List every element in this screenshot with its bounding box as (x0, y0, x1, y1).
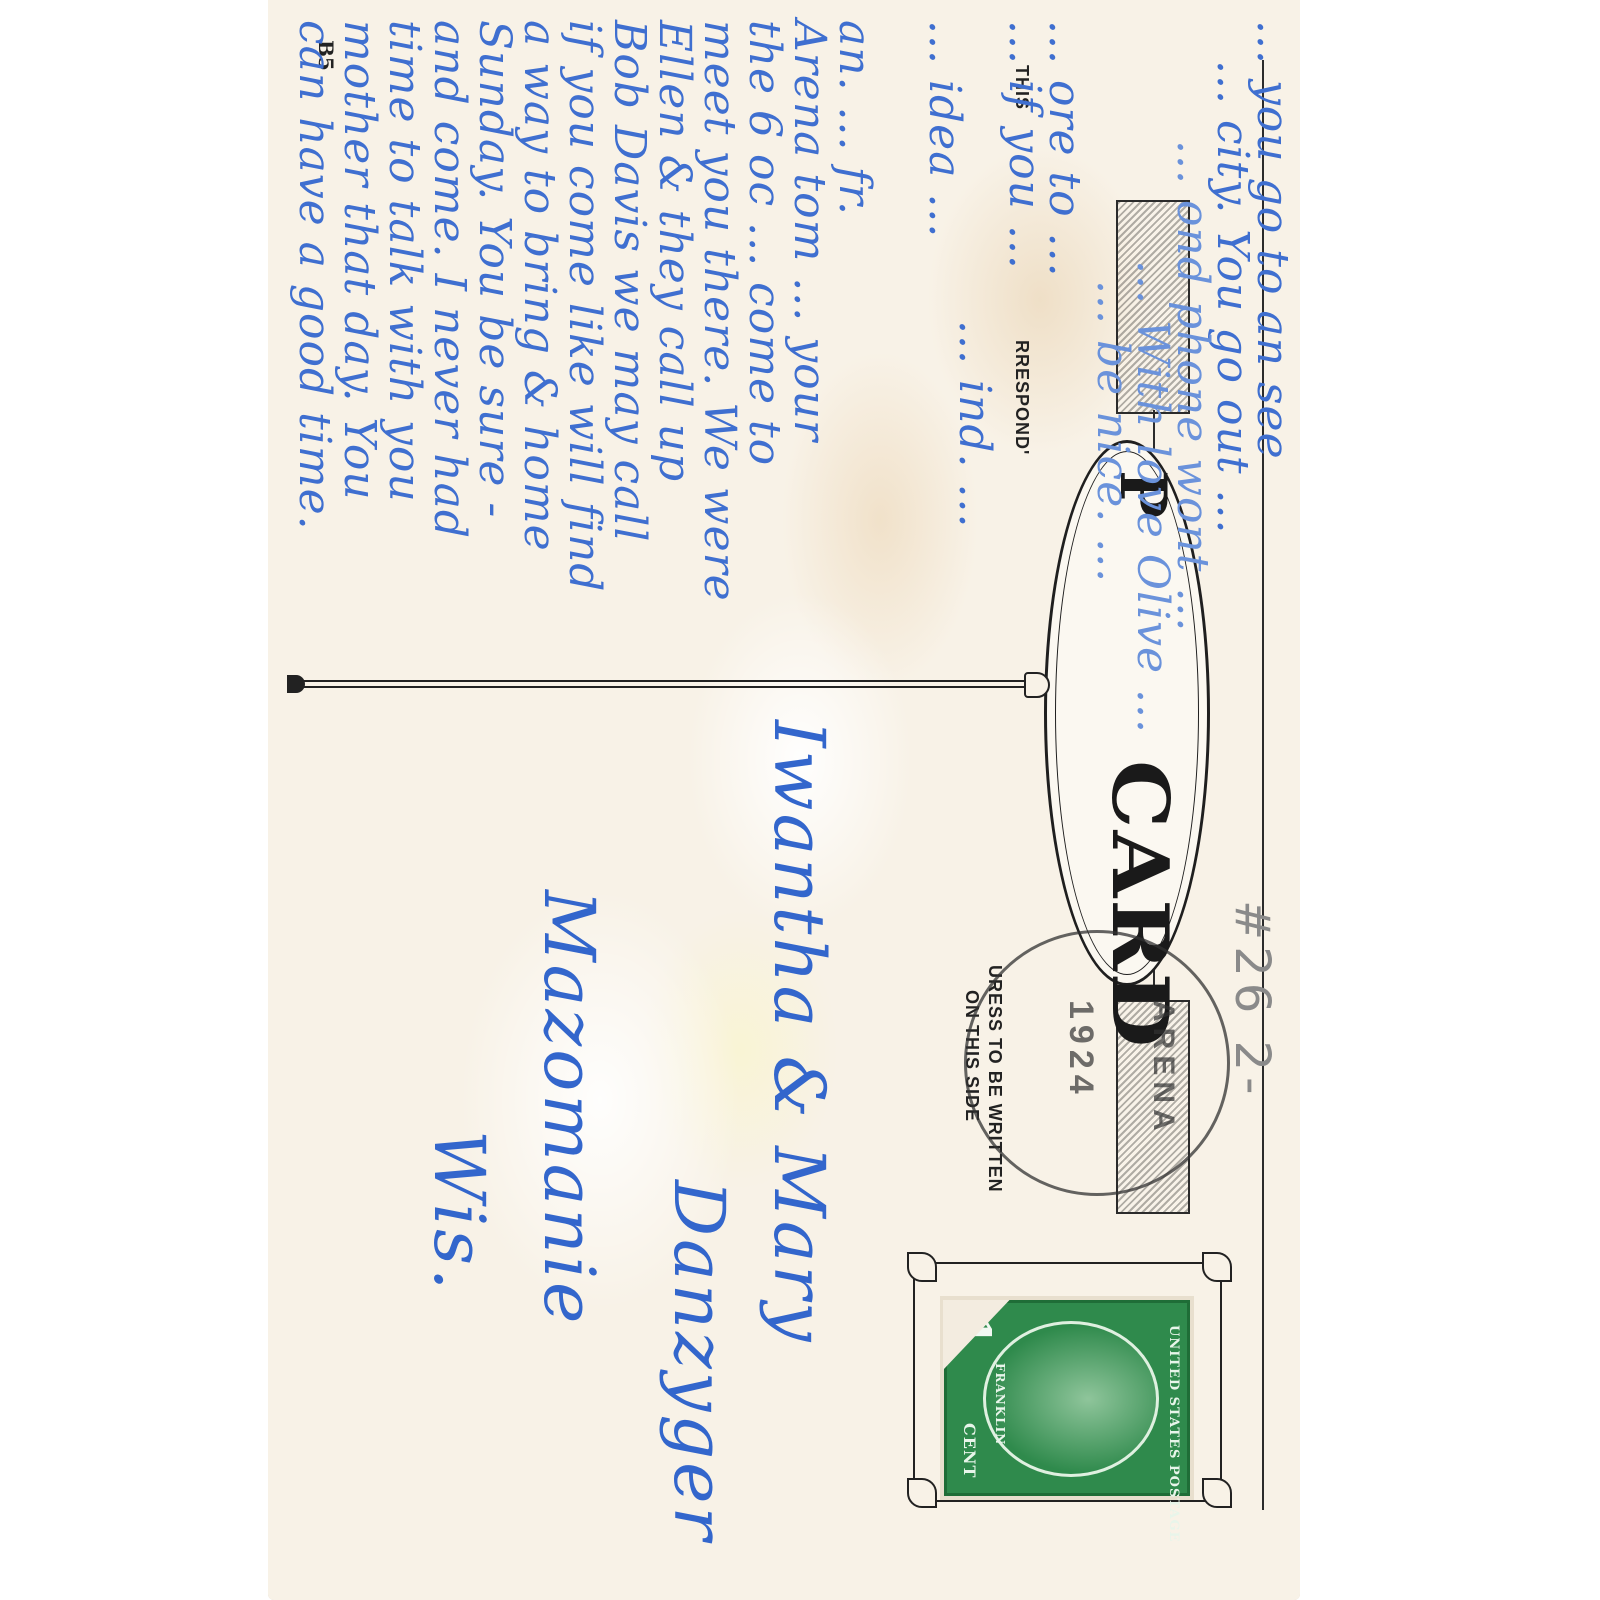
address-line-2: Danzyger (658, 1180, 740, 1543)
stamp-box-corner-ornament (907, 1252, 937, 1282)
postcard: P CARD THIS RRESPOND' URESS TO BE WRITTE… (268, 0, 1300, 1600)
message-line: a way to bring & home (514, 20, 565, 552)
message-line: the 6 oc ... come to (739, 20, 790, 466)
postmark-year: 1924 (1061, 1000, 1100, 1100)
message-line: mother that day. You (334, 20, 385, 501)
stamp-denomination: CENT (960, 1423, 979, 1478)
center-divider-2 (300, 686, 1030, 688)
message-line: can have a good time. (289, 20, 340, 531)
address-line-4: Wis. (418, 1130, 500, 1293)
message-line: Bob Davis we may call (604, 20, 655, 543)
stamp-portrait-name: FRANKLIN (993, 1363, 1007, 1445)
message-line: Arena tom ... your (784, 20, 835, 442)
message-line: meet you there. We were (694, 20, 745, 602)
message-line: ... idea ... (919, 20, 970, 238)
message-line: ... be nice. ... (1087, 280, 1138, 583)
stamp-portrait-oval (983, 1321, 1159, 1477)
message-line: ... ind. ... (949, 320, 1000, 528)
stamp-box-corner-ornament (907, 1478, 937, 1508)
address-line-3: Mazomanie (528, 890, 610, 1326)
correspondence-label-fragment: RRESPOND' (1011, 340, 1032, 455)
stamp-box-corner-ornament (1202, 1478, 1232, 1508)
message-line: an. ... fr. (829, 20, 880, 216)
message-line: Ellen & they call up (649, 20, 700, 482)
center-divider (300, 680, 1030, 682)
message-line: time to talk with you (379, 20, 430, 503)
divider-top-finial (1024, 672, 1050, 698)
message-line: Sunday. You be sure - (469, 20, 520, 518)
address-line-1: Iwantha & Mary (758, 720, 840, 1345)
message-line: if you come like will find (559, 20, 610, 592)
pencil-inventory-note: #26 2- (1224, 900, 1280, 1100)
stamp-country: UNITED STATES POSTAGE (1166, 1325, 1181, 1542)
message-line: and come. I never had (424, 20, 475, 539)
divider-bottom-finial (287, 675, 305, 693)
stamp-box-corner-ornament (1202, 1252, 1232, 1282)
message-line: ... if you ... (999, 20, 1050, 270)
postmark-town: ARENA (1146, 1000, 1180, 1137)
postcard-back: P CARD THIS RRESPOND' URESS TO BE WRITTE… (268, 0, 1300, 1600)
